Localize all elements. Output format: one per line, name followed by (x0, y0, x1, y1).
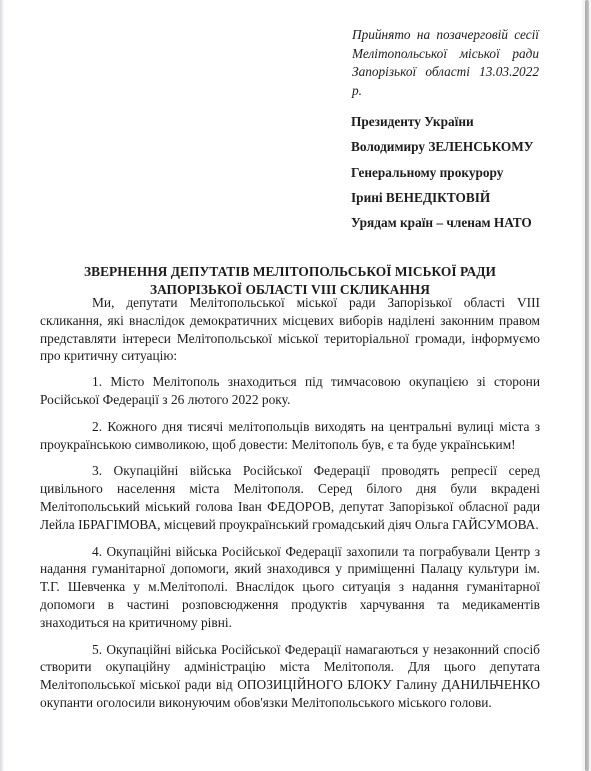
acceptance-note: Прийнято на позачерговій сесії Мелітопол… (352, 26, 539, 100)
addressee-line: Ірині ВЕНЕДІКТОВІЙ (351, 185, 534, 210)
point-paragraph-3: 3. Окупаційні війська Російської Федерац… (40, 462, 540, 533)
scrollbar[interactable] (582, 0, 591, 771)
document-title: ЗВЕРНЕННЯ ДЕПУТАТІВ МЕЛІТОПОЛЬСЬКОЇ МІСЬ… (40, 263, 540, 298)
point-paragraph-1: 1. Місто Мелітополь знаходиться під тимч… (40, 373, 540, 409)
scrollbar-thumb[interactable] (585, 0, 589, 771)
document-page: Прийнято на позачерговій сесії Мелітопол… (40, 0, 540, 771)
document-body: Ми, депутати Мелітопольської міської рад… (40, 294, 540, 721)
intro-paragraph: Ми, депутати Мелітопольської міської рад… (40, 294, 540, 365)
addressee-line: Володимиру ЗЕЛЕНСЬКОМУ (351, 134, 534, 159)
acceptance-line: Мелітопольської міської ради (352, 45, 539, 64)
point-paragraph-5: 5. Окупаційні війська Російської Федерац… (40, 641, 540, 712)
addressee-line: Генеральному прокурору (351, 160, 534, 185)
acceptance-line: Прийнято на позачерговій сесії (352, 26, 539, 45)
addressee-line: Президенту України (351, 109, 534, 134)
title-line: ЗВЕРНЕННЯ ДЕПУТАТІВ МЕЛІТОПОЛЬСЬКОЇ МІСЬ… (40, 263, 540, 281)
point-paragraph-2: 2. Кожного дня тисячі мелітопольців вихо… (40, 418, 540, 454)
addressee-block: Президенту України Володимиру ЗЕЛЕНСЬКОМ… (351, 109, 534, 235)
page-left-edge (0, 0, 4, 771)
addressee-line: Урядам країн – членам НАТО (351, 210, 534, 235)
acceptance-line: Запорізької області 13.03.2022 р. (352, 63, 539, 100)
point-paragraph-4: 4. Окупаційні війська Російської Федерац… (40, 543, 540, 632)
